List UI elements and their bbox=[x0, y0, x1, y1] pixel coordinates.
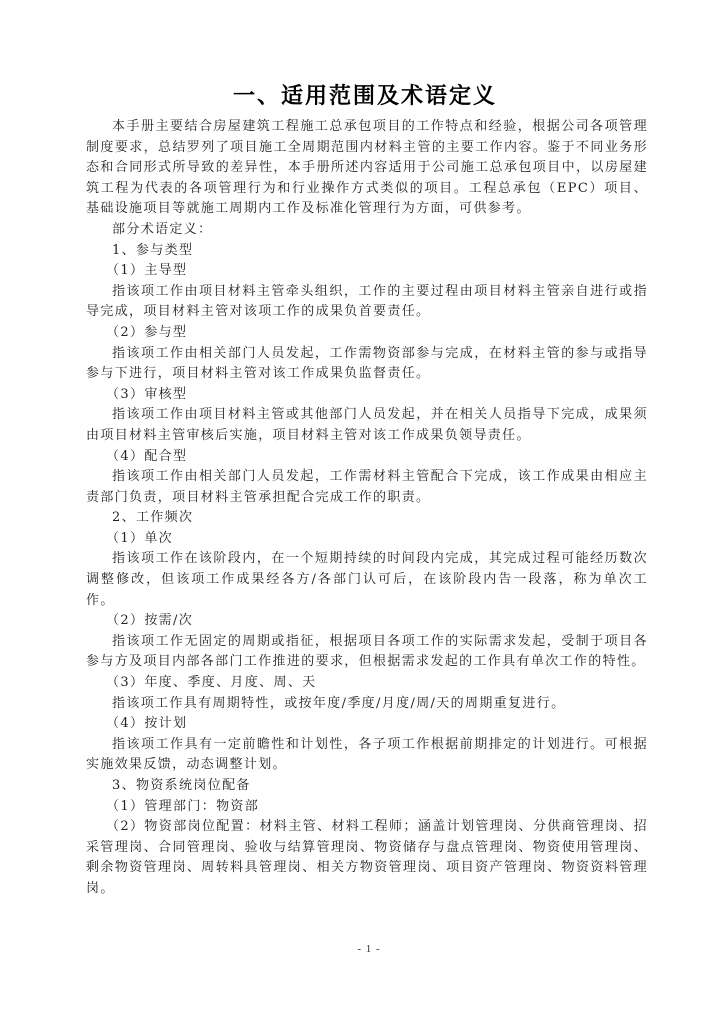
document-body: 本手册主要结合房屋建筑工程施工总承包项目的工作特点和经验，根据公司各项管理制度要… bbox=[86, 117, 648, 900]
item-heading-leading: （1）主导型 bbox=[86, 261, 648, 282]
item-text-cooperating: 指该项工作由相关部门人员发起，工作需材料主管配合下完成，该工作成果由相应主责部门… bbox=[86, 467, 648, 508]
section-heading-work-frequency: 2、工作频次 bbox=[86, 508, 648, 529]
item-text-leading: 指该项工作由项目材料主管牵头组织，工作的主要过程由项目材料主管亲自进行或指导完成… bbox=[86, 282, 648, 323]
document-page: 一、适用范围及术语定义 本手册主要结合房屋建筑工程施工总承包项目的工作特点和经验… bbox=[0, 0, 724, 1024]
item-heading-cooperating: （4）配合型 bbox=[86, 447, 648, 468]
page-number: - 1 - bbox=[0, 943, 724, 955]
item-heading-participating: （2）参与型 bbox=[86, 323, 648, 344]
item-text-reviewing: 指该项工作由项目材料主管或其他部门人员发起，并在相关人员指导下完成，成果须由项目… bbox=[86, 405, 648, 446]
item-heading-positions: （2）物资部岗位配置：材料主管、材料工程师；涵盖计划管理岗、分供商管理岗、招采管… bbox=[86, 817, 648, 899]
terms-heading: 部分术语定义： bbox=[86, 220, 648, 241]
item-text-single: 指该项工作在该阶段内，在一个短期持续的时间段内完成，其完成过程可能经历数次调整修… bbox=[86, 549, 648, 611]
item-text-periodic: 指该项工作具有周期特性，或按年度/季度/月度/周/天的周期重复进行。 bbox=[86, 694, 648, 715]
intro-paragraph: 本手册主要结合房屋建筑工程施工总承包项目的工作特点和经验，根据公司各项管理制度要… bbox=[86, 117, 648, 220]
item-heading-planned: （4）按计划 bbox=[86, 714, 648, 735]
item-text-participating: 指该项工作由相关部门人员发起，工作需物资部参与完成，在材料主管的参与或指导参与下… bbox=[86, 344, 648, 385]
item-heading-department: （1）管理部门：物资部 bbox=[86, 797, 648, 818]
item-text-on-demand: 指该项工作无固定的周期或指征，根据项目各项工作的实际需求发起，受制于项目各参与方… bbox=[86, 632, 648, 673]
item-heading-periodic: （3）年度、季度、月度、周、天 bbox=[86, 673, 648, 694]
item-heading-reviewing: （3）审核型 bbox=[86, 385, 648, 406]
section-heading-staffing: 3、物资系统岗位配备 bbox=[86, 776, 648, 797]
page-title: 一、适用范围及术语定义 bbox=[0, 82, 724, 112]
section-heading-participation-type: 1、参与类型 bbox=[86, 241, 648, 262]
item-heading-single: （1）单次 bbox=[86, 529, 648, 550]
item-heading-on-demand: （2）按需/次 bbox=[86, 611, 648, 632]
item-text-planned: 指该项工作具有一定前瞻性和计划性，各子项工作根据前期排定的计划进行。可根据实施效… bbox=[86, 735, 648, 776]
